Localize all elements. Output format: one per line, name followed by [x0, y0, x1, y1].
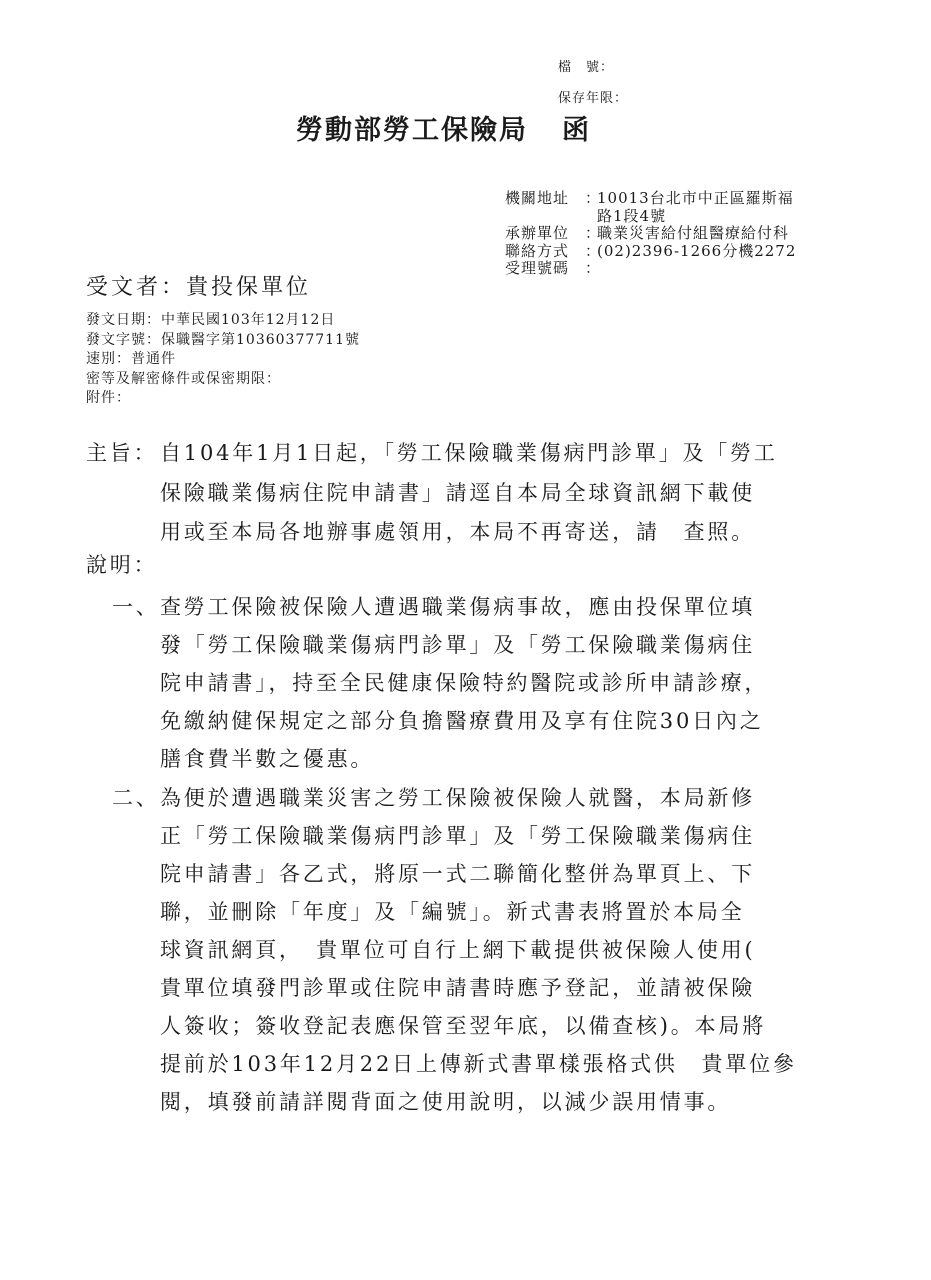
contact-row: 聯絡方式：(02)2396-1266分機2272: [505, 243, 796, 261]
agency-address-row: 機關地址：10013台北市中正區羅斯福: [505, 190, 796, 208]
subject-label: 主旨：: [86, 437, 157, 467]
agency-name: 勞動部勞工保險局: [296, 115, 528, 146]
item-line: 正「勞工保險職業傷病門診單」及「勞工保險職業傷病住: [160, 820, 755, 850]
agency-info-label: 聯絡方式: [505, 243, 585, 261]
confidentiality-level: 密等及解密條件或保密期限：: [86, 370, 360, 390]
item-line: 提前於103年12月22日上傳新式書單樣張格式供 貴單位參: [160, 1048, 797, 1078]
item-line: 貴單位填發門診單或住院申請書時應予登記，並請被保險: [160, 972, 755, 1002]
item-line: 院申請書」各乙式，將原一式二聯簡化整併為單頁上、下: [160, 858, 755, 888]
explanation-label: 說明：: [86, 549, 157, 579]
document-title: 勞動部勞工保險局函: [296, 108, 591, 147]
file-number-label: 檔 號：: [558, 56, 614, 75]
item-line: 膳食費半數之優惠。: [160, 743, 374, 773]
delivery-speed: 速別：普通件: [86, 350, 360, 370]
recipient: 受文者：貴投保單位: [86, 270, 311, 301]
handling-unit-row: 承辦單位：職業災害給付組醫療給付科: [505, 225, 796, 243]
issue-date: 發文日期：中華民國103年12月12日: [86, 311, 360, 331]
agency-info-label: 機關地址: [505, 190, 585, 208]
item-line: 為便於遭遇職業災害之勞工保險被保險人就醫，本局新修: [160, 782, 755, 812]
document-number: 發文字號：保職醫字第10360377711號: [86, 331, 360, 351]
retention-period-label: 保存年限：: [558, 87, 628, 106]
agency-info-block: 機關地址：10013台北市中正區羅斯福 路1段4號 承辦單位：職業災害給付組醫療…: [505, 190, 796, 278]
issuance-details: 發文日期：中華民國103年12月12日 發文字號：保職醫字第1036037771…: [86, 311, 360, 409]
item-line: 閱，填發前請詳閱背面之使用說明，以減少誤用情事。: [160, 1086, 731, 1116]
agency-info-value: 路1段4號: [597, 208, 666, 226]
agency-info-label: 受理號碼: [505, 260, 585, 278]
agency-info-label: 承辦單位: [505, 225, 585, 243]
item-line: 人簽收；簽收登記表應保管至翌年底，以備查核)。本局將: [160, 1010, 766, 1040]
item-line: 發「勞工保險職業傷病門診單」及「勞工保險職業傷病住: [160, 629, 755, 659]
item-number: 二、: [112, 782, 160, 812]
document-type: 函: [562, 115, 591, 146]
item-line: 球資訊網頁， 貴單位可自行上網下載提供被保險人使用(: [160, 934, 756, 964]
item-number: 一、: [112, 591, 160, 621]
subject-line: 保險職業傷病住院申請書」請逕自本局全球資訊網下載使: [160, 477, 755, 507]
agency-info-value: 10013台北市中正區羅斯福: [597, 190, 794, 208]
attachments: 附件：: [86, 389, 360, 409]
item-line: 聯，並刪除「年度」及「編號」。新式書表將置於本局全: [160, 896, 745, 926]
item-line: 查勞工保險被保險人遭遇職業傷病事故，應由投保單位填: [160, 591, 755, 621]
subject-line: 用或至本局各地辦事處領用，本局不再寄送，請 查照。: [160, 516, 755, 546]
agency-info-value: 職業災害給付組醫療給付科: [597, 225, 789, 243]
reference-number-row: 受理號碼：: [505, 260, 796, 278]
agency-info-value: (02)2396-1266分機2272: [597, 243, 796, 261]
subject-line: 自104年1月1日起，「勞工保險職業傷病門診單」及「勞工: [160, 437, 778, 467]
agency-address-row-2: 路1段4號: [505, 208, 796, 226]
item-line: 院申請書」，持至全民健康保險特約醫院或診所申請診療，: [160, 667, 768, 697]
item-line: 免繳納健保規定之部分負擔醫療費用及享有住院30日內之: [160, 705, 764, 735]
